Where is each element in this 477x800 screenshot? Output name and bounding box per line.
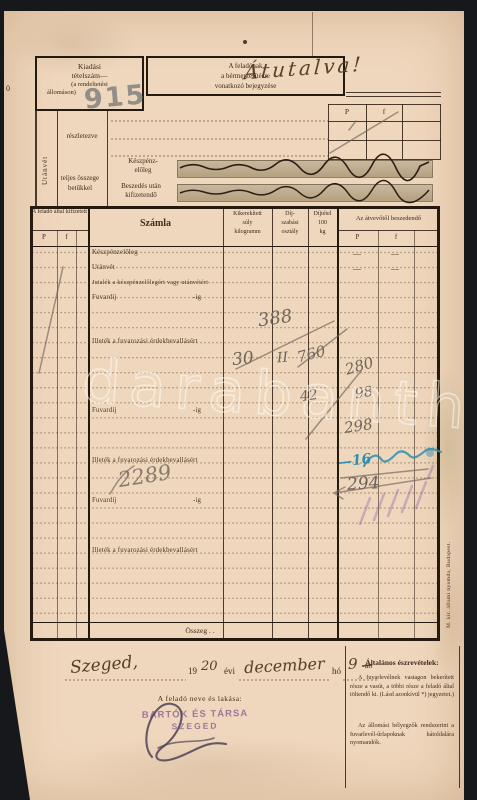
header-paid-f: f <box>57 233 76 241</box>
dash-cash-advance-p: — <box>343 249 371 258</box>
dispatch-label-line1: Kiadási <box>37 62 142 71</box>
mini-header-p: P <box>328 107 366 116</box>
rule-line <box>346 92 441 93</box>
header-collect-f: f <box>378 233 414 241</box>
rule-line <box>328 121 441 122</box>
fold-crease-line <box>312 12 313 56</box>
row-suffix-ig-2: -ig <box>193 407 201 414</box>
header-weight-line1: Kikerekített <box>223 211 272 219</box>
collect-after-label-line2: kifizetendő <box>108 191 174 199</box>
mini-header-f: f <box>366 107 402 116</box>
row-suffix-ig-3: -ig <box>193 497 201 504</box>
photo-border-right <box>464 0 477 800</box>
rule-line <box>328 140 441 141</box>
rule-line <box>328 104 441 105</box>
scanned-waybill-photo: { "colors": { "paper": "#efd7bd", "print… <box>0 0 477 800</box>
dotted-entry-line <box>238 679 330 681</box>
header-collect-from-receiver: Az átvevőtől beszedendő <box>337 215 440 223</box>
cod-total-label-line1: teljes összege <box>54 174 106 182</box>
margin-mark: 0 <box>6 84 10 93</box>
header-rate-line3: kg <box>308 229 337 237</box>
dispatch-label-line2: tételszám— <box>37 71 142 80</box>
collect-after-label-line1: Beszedés után <box>108 182 174 190</box>
header-weight-line2: súly <box>223 220 272 228</box>
header-weight-line3: kilogramm <box>223 229 272 237</box>
crossed-out-field <box>177 184 433 202</box>
header-paid-p: P <box>31 233 57 241</box>
pencil-amount-42: 42 <box>299 387 319 405</box>
general-notes-paragraph-1: A fuvarlevélnek vastagon bekerített rész… <box>350 674 454 700</box>
header-class-line3: osztály <box>272 229 308 237</box>
rule-line <box>440 104 441 159</box>
row-label-commission: Jutalék a készpénzelőlegért vagy utánvét… <box>92 279 208 286</box>
handwritten-year-20: 20 <box>201 659 218 674</box>
cod-total-label-line2: betűkkel <box>54 184 106 192</box>
header-collect-p: P <box>337 233 378 241</box>
row-suffix-ig-1: -ig <box>193 294 201 301</box>
printed-ho: hó <box>332 666 341 676</box>
row-label-freight-2: Fuvardíj <box>92 407 117 414</box>
rule-line <box>345 646 346 788</box>
row-label-cash-advance: Készpénzelőleg <box>92 249 138 256</box>
cod-detail-label: részletezve <box>58 132 106 140</box>
row-label-duty-1: Illeték a fuvarozási érdekbevallásért <box>92 338 198 345</box>
header-rate-line1: Díjtétel <box>308 211 337 219</box>
photo-border-top <box>0 0 477 11</box>
sender-name-label: A feladó neve és lakása: <box>120 694 280 703</box>
general-notes-paragraph-2: Az állomási bélyegzők rendszerint a fuva… <box>350 722 454 748</box>
dotted-entry-line <box>110 120 328 122</box>
dash-cash-advance-f: — <box>382 249 408 258</box>
pencil-qty-30: 30 <box>231 348 255 370</box>
cash-advance-label-line1: Készpénz- <box>112 157 174 165</box>
printed-evi: évi <box>224 666 235 676</box>
header-paid-by-sender: A feladó által kifizetett <box>31 209 88 217</box>
dispatch-stamp-number: 915 <box>83 79 148 115</box>
row-label-freight-3: Fuvardíj <box>92 497 117 504</box>
header-class-line2: szabási <box>272 220 308 228</box>
row-label-duty-3: Illeték a fuvarozási érdekbevallásért <box>92 547 198 554</box>
cod-side-label: Utánvét <box>41 115 49 185</box>
header-rate-line2: 100 <box>308 220 337 228</box>
photo-border-left <box>0 0 4 800</box>
rule-line <box>459 646 460 788</box>
general-notes-title: Általános észrevételek: <box>347 658 457 667</box>
crossed-out-field <box>177 160 433 178</box>
cash-advance-label-line2: előleg <box>112 166 174 174</box>
dash-cod-f: — <box>382 264 408 273</box>
rule-line <box>402 104 403 159</box>
header-class-line1: Díj- <box>272 211 308 219</box>
dash-cod-p: — <box>343 264 371 273</box>
total-row-label: Összeg . . <box>130 626 270 635</box>
printed-year-19: 19 <box>188 666 197 676</box>
pencil-class-II: II <box>276 350 288 367</box>
rule-line <box>35 111 37 206</box>
row-label-freight-1: Fuvardíj <box>92 294 117 301</box>
company-stamp-line1: BARTÓK ÉS TÁRSA <box>130 708 260 721</box>
dotted-entry-line <box>64 679 186 681</box>
row-label-cod: Utánvét <box>92 264 115 271</box>
pencil-amount-98: 98 <box>354 384 374 403</box>
rule-line <box>346 96 441 97</box>
freight-charges-table <box>30 206 440 641</box>
printer-credit: M. kir. állami nyomda, Budapest. <box>446 516 452 628</box>
dotted-entry-line <box>110 138 328 140</box>
pencil-result-294: 294 <box>346 473 379 495</box>
header-invoice: Számla <box>88 218 223 229</box>
